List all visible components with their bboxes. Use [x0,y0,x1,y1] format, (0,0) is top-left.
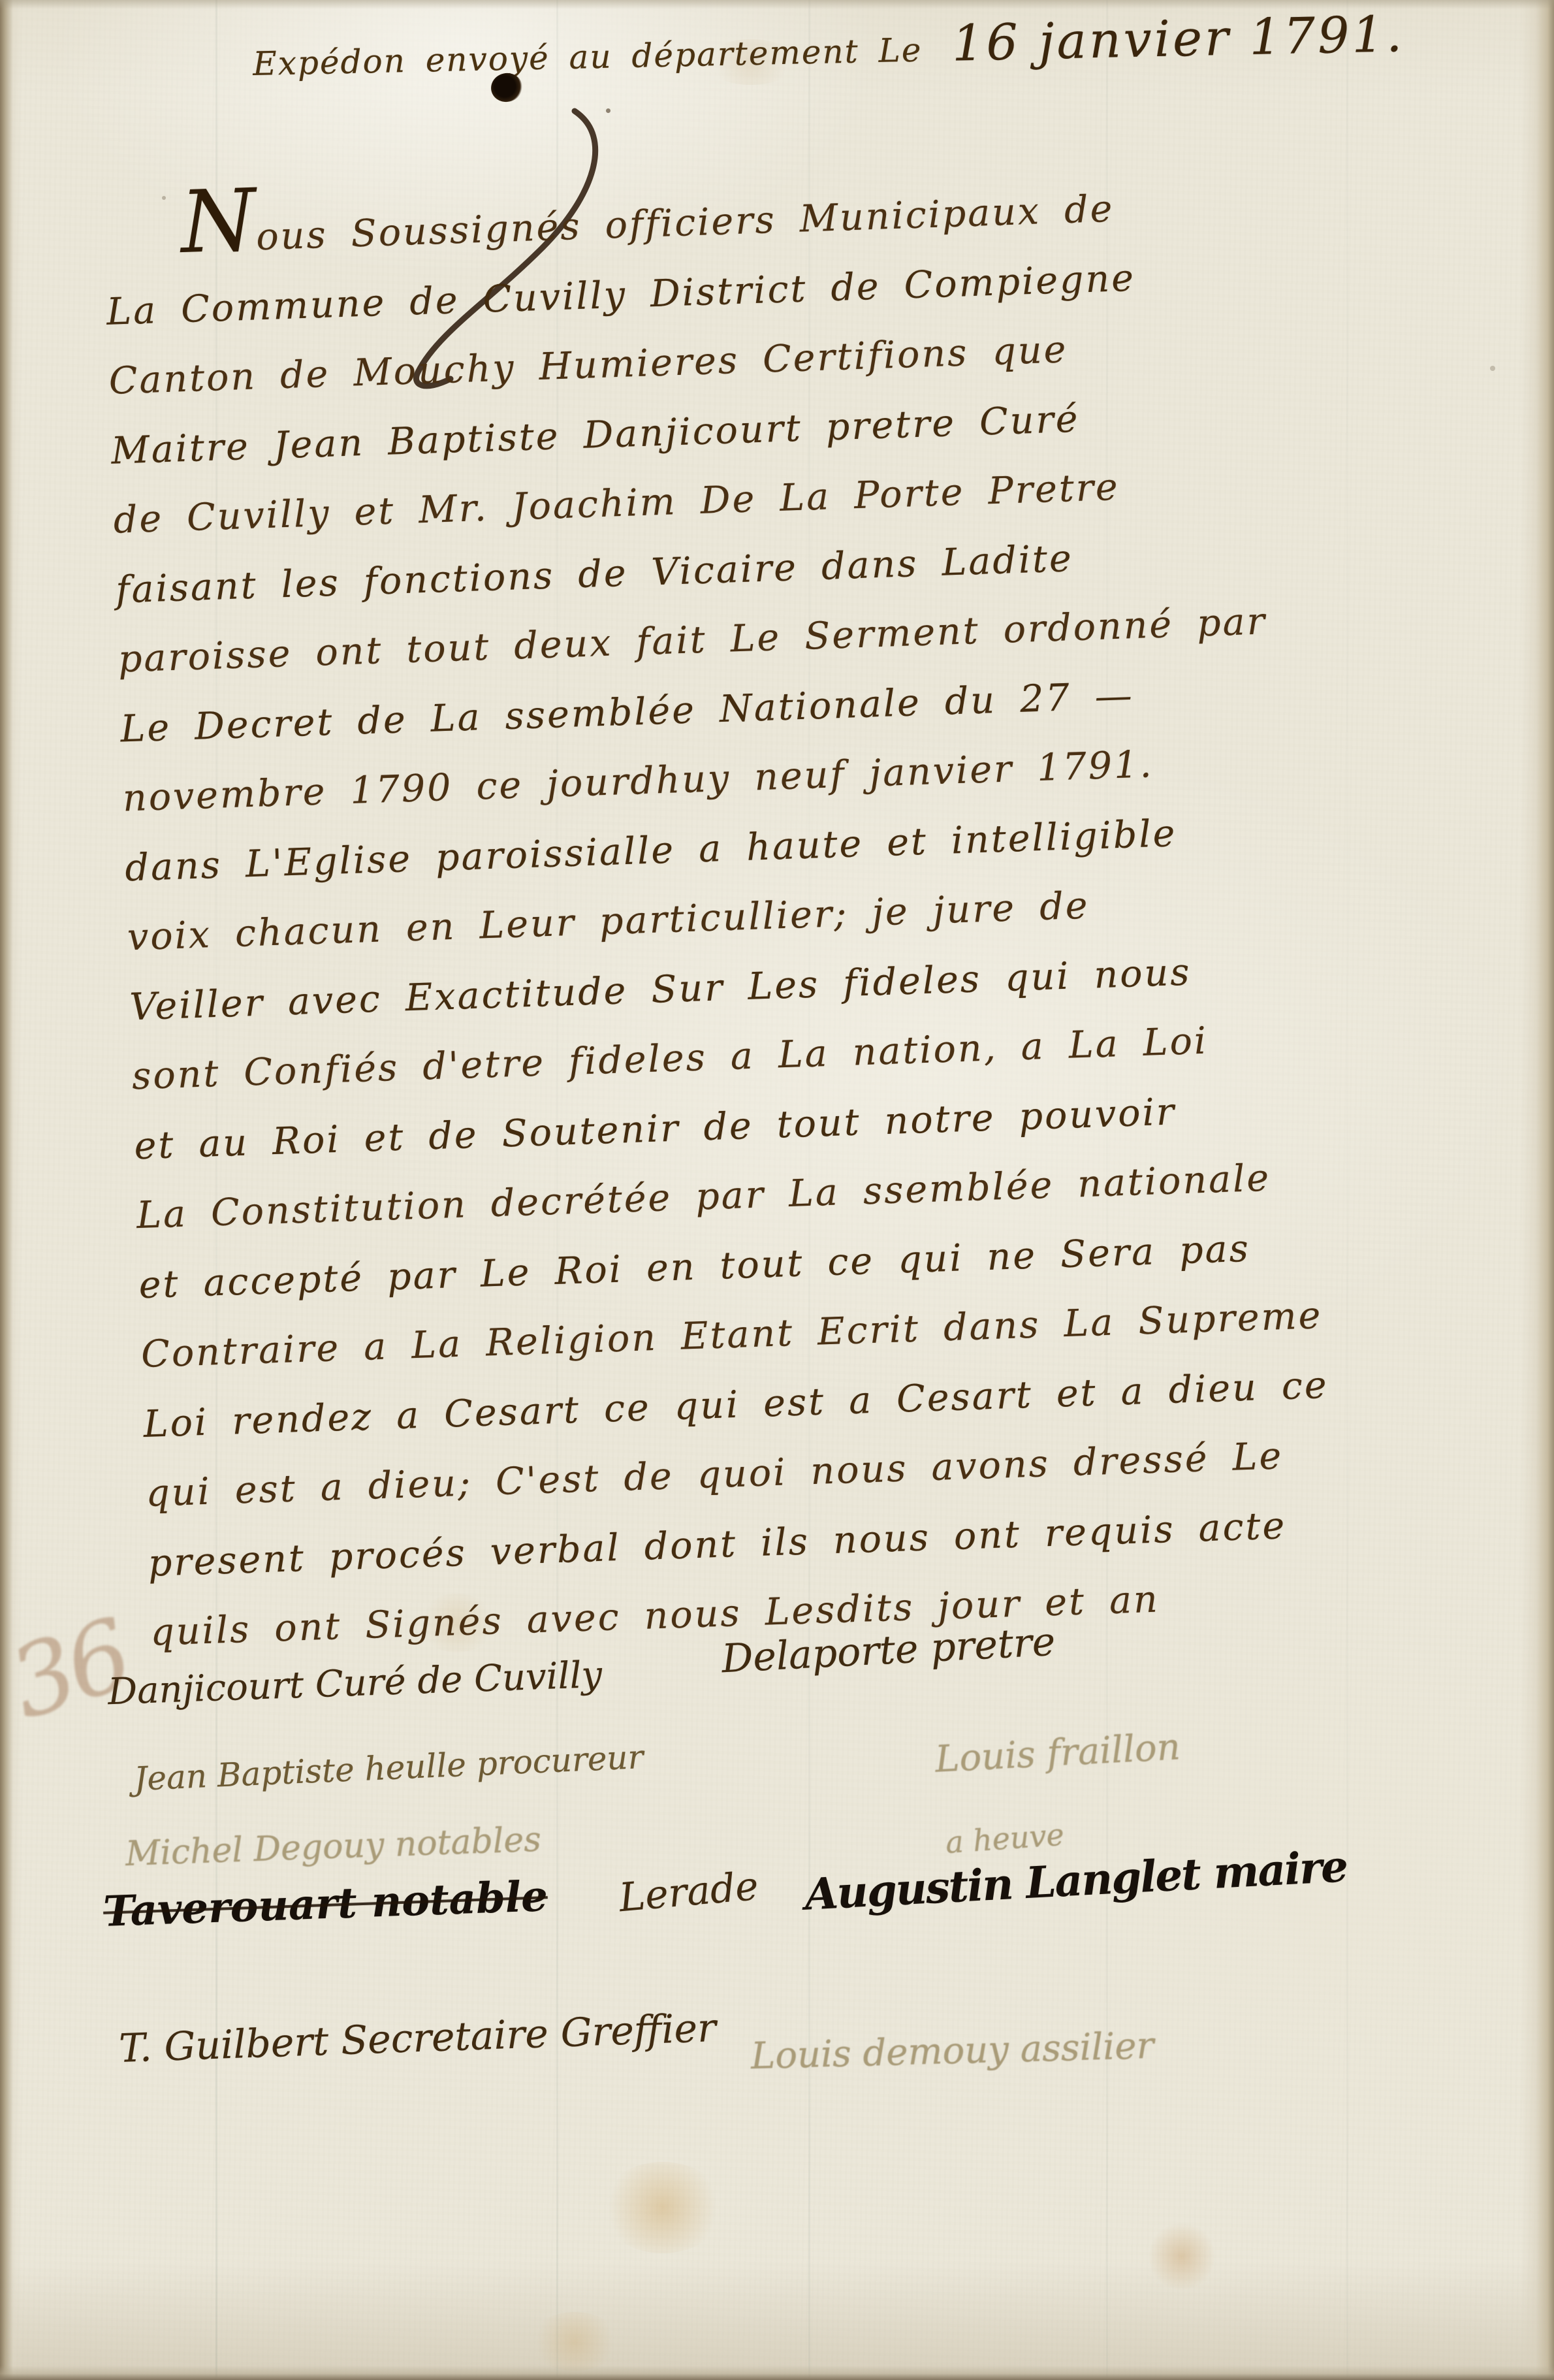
manuscript-body: Nous Soussignés officiers Municipaux de … [103,169,1337,1667]
scanned-manuscript-page: Expédon envoyé au département Le 16 janv… [0,0,1554,2380]
paper-stain [529,2312,620,2371]
paper-stain [601,2162,725,2253]
ink-speck [1490,366,1495,371]
paper-stain [1149,2221,1214,2292]
fold-crease [1346,0,1348,2380]
ink-speck [606,108,610,113]
ink-speck [162,196,166,200]
header-date: 16 janvier 1791. [951,5,1405,72]
